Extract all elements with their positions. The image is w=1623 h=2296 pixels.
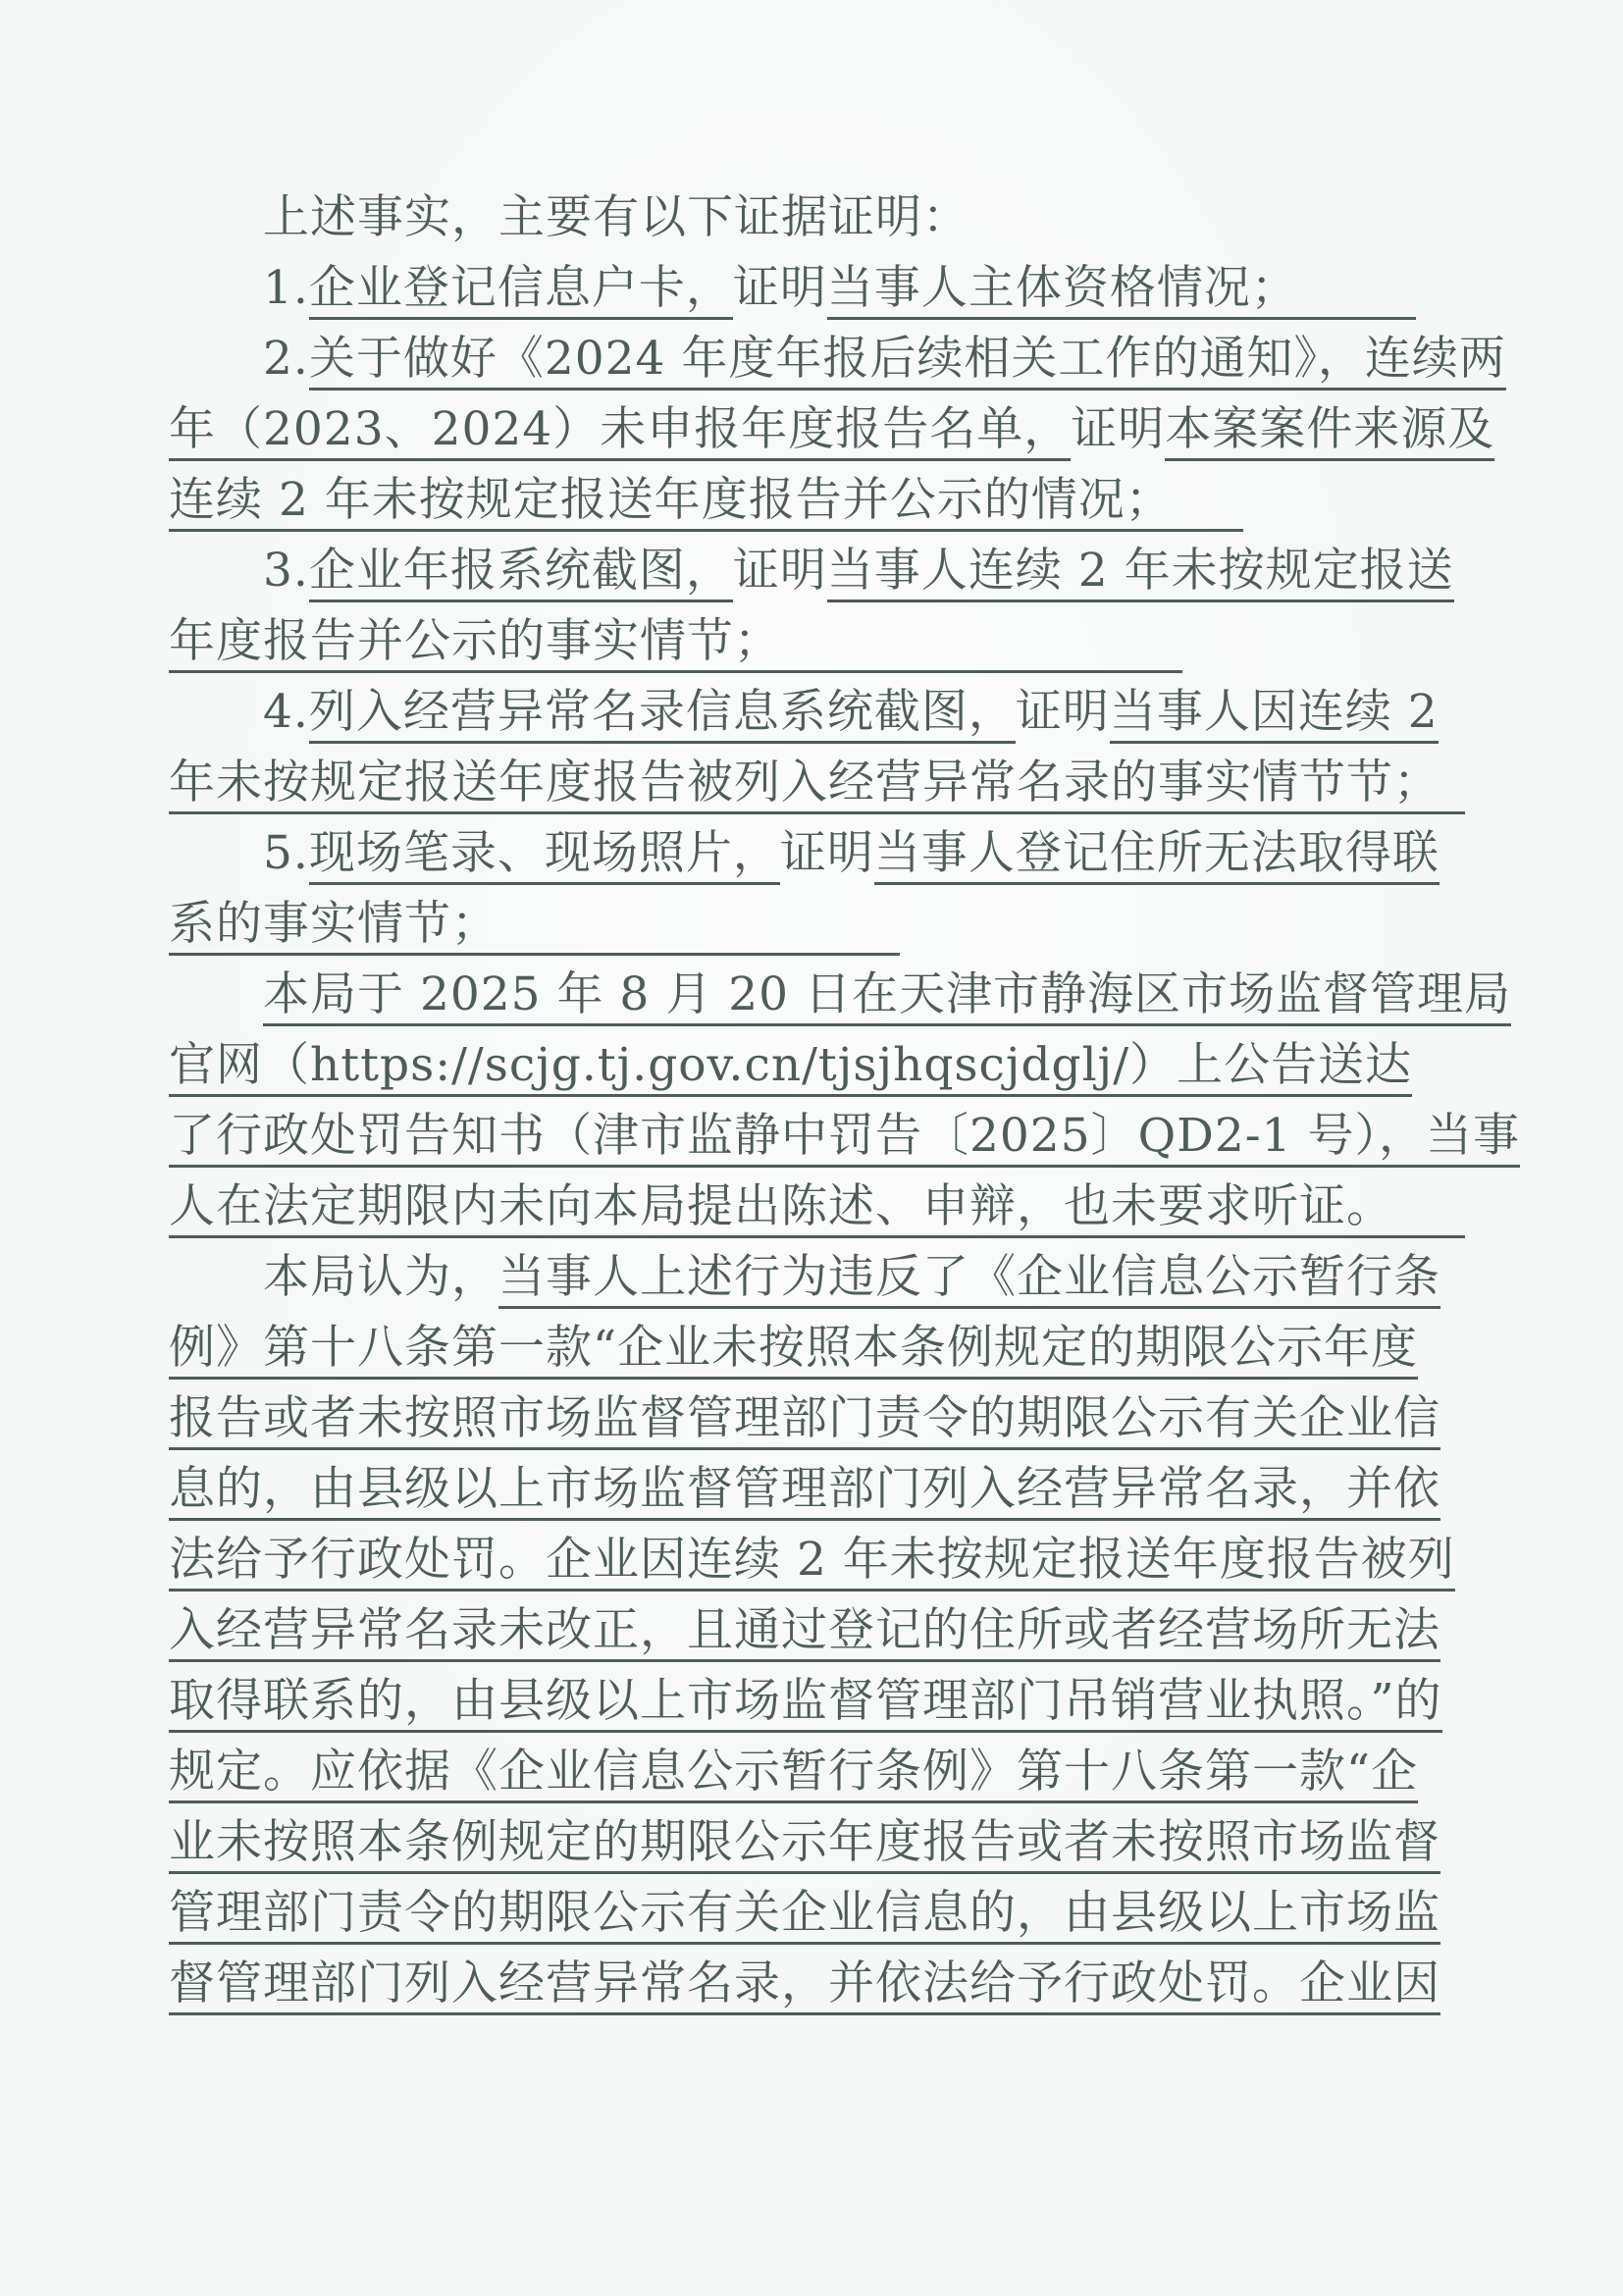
text-segment: 2. [263,332,309,386]
text-segment: 证明 [1071,402,1165,456]
text-line: 本局于 2025 年 8 月 20 日在天津市静海区市场监督管理局 [169,960,1460,1030]
underlined-text-segment: 督管理部门列入经营异常名录，并依法给予行政处罚。企业因 [169,1957,1440,2015]
text-line: 入经营异常名录未改正，且通过登记的住所或者经营场所无法 [169,1595,1460,1666]
underlined-text-segment: 当事人主体资格情况； [827,261,1417,320]
text-line: 取得联系的，由县级以上市场监督管理部门吊销营业执照。”的 [169,1666,1460,1737]
text-segment: 证明 [1016,685,1110,739]
text-line: 3.企业年报系统截图，证明当事人连续 2 年未按规定报送 [169,536,1460,606]
text-line: 了行政处罚告知书（津市监静中罚告〔2025〕QD2-1 号），当事 [169,1101,1460,1172]
underlined-text-segment: 规定。应依据《企业信息公示暂行条例》第十八条第一款“企 [169,1745,1418,1803]
text-segment: 4. [263,685,309,739]
underlined-text-segment: 当事人连续 2 年未按规定报送 [827,544,1454,602]
underlined-text-segment: 关于做好《2024 年度年报后续相关工作的通知》，连续两 [309,332,1506,391]
underlined-text-segment: 官网（https://scjg.tj.gov.cn/tjsjhqscjdglj/… [169,1038,1412,1097]
text-line: 督管理部门列入经营异常名录，并依法给予行政处罚。企业因 [169,1949,1460,2019]
document-page: 上述事实，主要有以下证据证明：1.企业登记信息户卡，证明当事人主体资格情况； 2… [169,183,1460,2019]
text-line: 人在法定期限内未向本局提出陈述、申辩，也未要求听证。 [169,1172,1460,1242]
text-line: 年度报告并公示的事实情节； [169,606,1460,677]
text-segment: 上述事实，主要有以下证据证明： [263,190,969,244]
underlined-text-segment: 系的事实情节； [169,897,900,956]
text-line: 上述事实，主要有以下证据证明： [169,183,1460,253]
underlined-text-segment: 列入经营异常名录信息系统截图， [309,685,1016,744]
text-line: 息的，由县级以上市场监督管理部门列入经营异常名录，并依 [169,1454,1460,1525]
underlined-text-segment: 年度报告并公示的事实情节； [169,614,1182,673]
text-line: 年未按规定报送年度报告被列入经营异常名录的事实情节节； [169,748,1460,818]
text-line: 4.列入经营异常名录信息系统截图，证明当事人因连续 2 [169,677,1460,748]
scanned-document-page: 上述事实，主要有以下证据证明：1.企业登记信息户卡，证明当事人主体资格情况； 2… [0,0,1623,2296]
underlined-text-segment: 管理部门责令的期限公示有关企业信息的，由县级以上市场监 [169,1886,1440,1945]
underlined-text-segment: 年未按规定报送年度报告被列入经营异常名录的事实情节节； [169,756,1465,814]
underlined-text-segment: 取得联系的，由县级以上市场监督管理部门吊销营业执照。”的 [169,1674,1442,1733]
underlined-text-segment: 现场笔录、现场照片， [309,826,780,885]
underlined-text-segment: 年（2023、2024）未申报年度报告名单， [169,402,1071,461]
text-line: 年（2023、2024）未申报年度报告名单，证明本案案件来源及 [169,394,1460,465]
underlined-text-segment: 了行政处罚告知书（津市监静中罚告〔2025〕QD2-1 号），当事 [169,1109,1520,1168]
text-segment: 证明 [733,261,827,315]
underlined-text-segment: 本局于 2025 年 8 月 20 日在天津市静海区市场监督管理局 [263,967,1511,1026]
underlined-text-segment: 企业登记信息户卡， [309,261,733,320]
text-line: 连续 2 年未按规定报送年度报告并公示的情况； [169,465,1460,536]
text-line: 报告或者未按照市场监督管理部门责令的期限公示有关企业信 [169,1383,1460,1454]
text-line: 管理部门责令的期限公示有关企业信息的，由县级以上市场监 [169,1878,1460,1949]
text-segment: 本局认为， [263,1250,498,1304]
underlined-text-segment: 入经营异常名录未改正，且通过登记的住所或者经营场所无法 [169,1603,1440,1662]
text-line: 法给予行政处罚。企业因连续 2 年未按规定报送年度报告被列 [169,1525,1460,1595]
underlined-text-segment: 当事人上述行为违反了《企业信息公示暂行条 [498,1250,1440,1309]
underlined-text-segment: 连续 2 年未按规定报送年度报告并公示的情况； [169,473,1243,532]
underlined-text-segment: 人在法定期限内未向本局提出陈述、申辩，也未要求听证。 [169,1179,1465,1238]
text-segment: 3. [263,544,309,598]
underlined-text-segment: 企业年报系统截图， [309,544,733,602]
underlined-text-segment: 当事人因连续 2 [1110,685,1439,744]
text-segment: 证明 [780,826,874,880]
underlined-text-segment: 息的，由县级以上市场监督管理部门列入经营异常名录，并依 [169,1462,1440,1521]
underlined-text-segment: 业未按照本条例规定的期限公示年度报告或者未按照市场监督 [169,1815,1440,1874]
text-line: 1.企业登记信息户卡，证明当事人主体资格情况； [169,253,1460,324]
underlined-text-segment: 例》第十八条第一款“企业未按照本条例规定的期限公示年度 [169,1321,1418,1380]
underlined-text-segment: 法给予行政处罚。企业因连续 2 年未按规定报送年度报告被列 [169,1533,1455,1592]
text-line: 2.关于做好《2024 年度年报后续相关工作的通知》，连续两 [169,324,1460,394]
text-segment: 证明 [733,544,827,598]
text-line: 规定。应依据《企业信息公示暂行条例》第十八条第一款“企 [169,1737,1460,1807]
underlined-text-segment: 当事人登记住所无法取得联 [874,826,1440,885]
text-line: 5.现场笔录、现场照片，证明当事人登记住所无法取得联 [169,818,1460,889]
text-line: 业未按照本条例规定的期限公示年度报告或者未按照市场监督 [169,1807,1460,1878]
underlined-text-segment: 本案案件来源及 [1165,402,1494,461]
text-segment: 1. [263,261,309,315]
text-segment: 5. [263,826,309,880]
text-line: 例》第十八条第一款“企业未按照本条例规定的期限公示年度 [169,1313,1460,1383]
underlined-text-segment: 报告或者未按照市场监督管理部门责令的期限公示有关企业信 [169,1391,1440,1450]
text-line: 系的事实情节； [169,889,1460,960]
text-line: 官网（https://scjg.tj.gov.cn/tjsjhqscjdglj/… [169,1030,1460,1101]
text-line: 本局认为，当事人上述行为违反了《企业信息公示暂行条 [169,1242,1460,1313]
